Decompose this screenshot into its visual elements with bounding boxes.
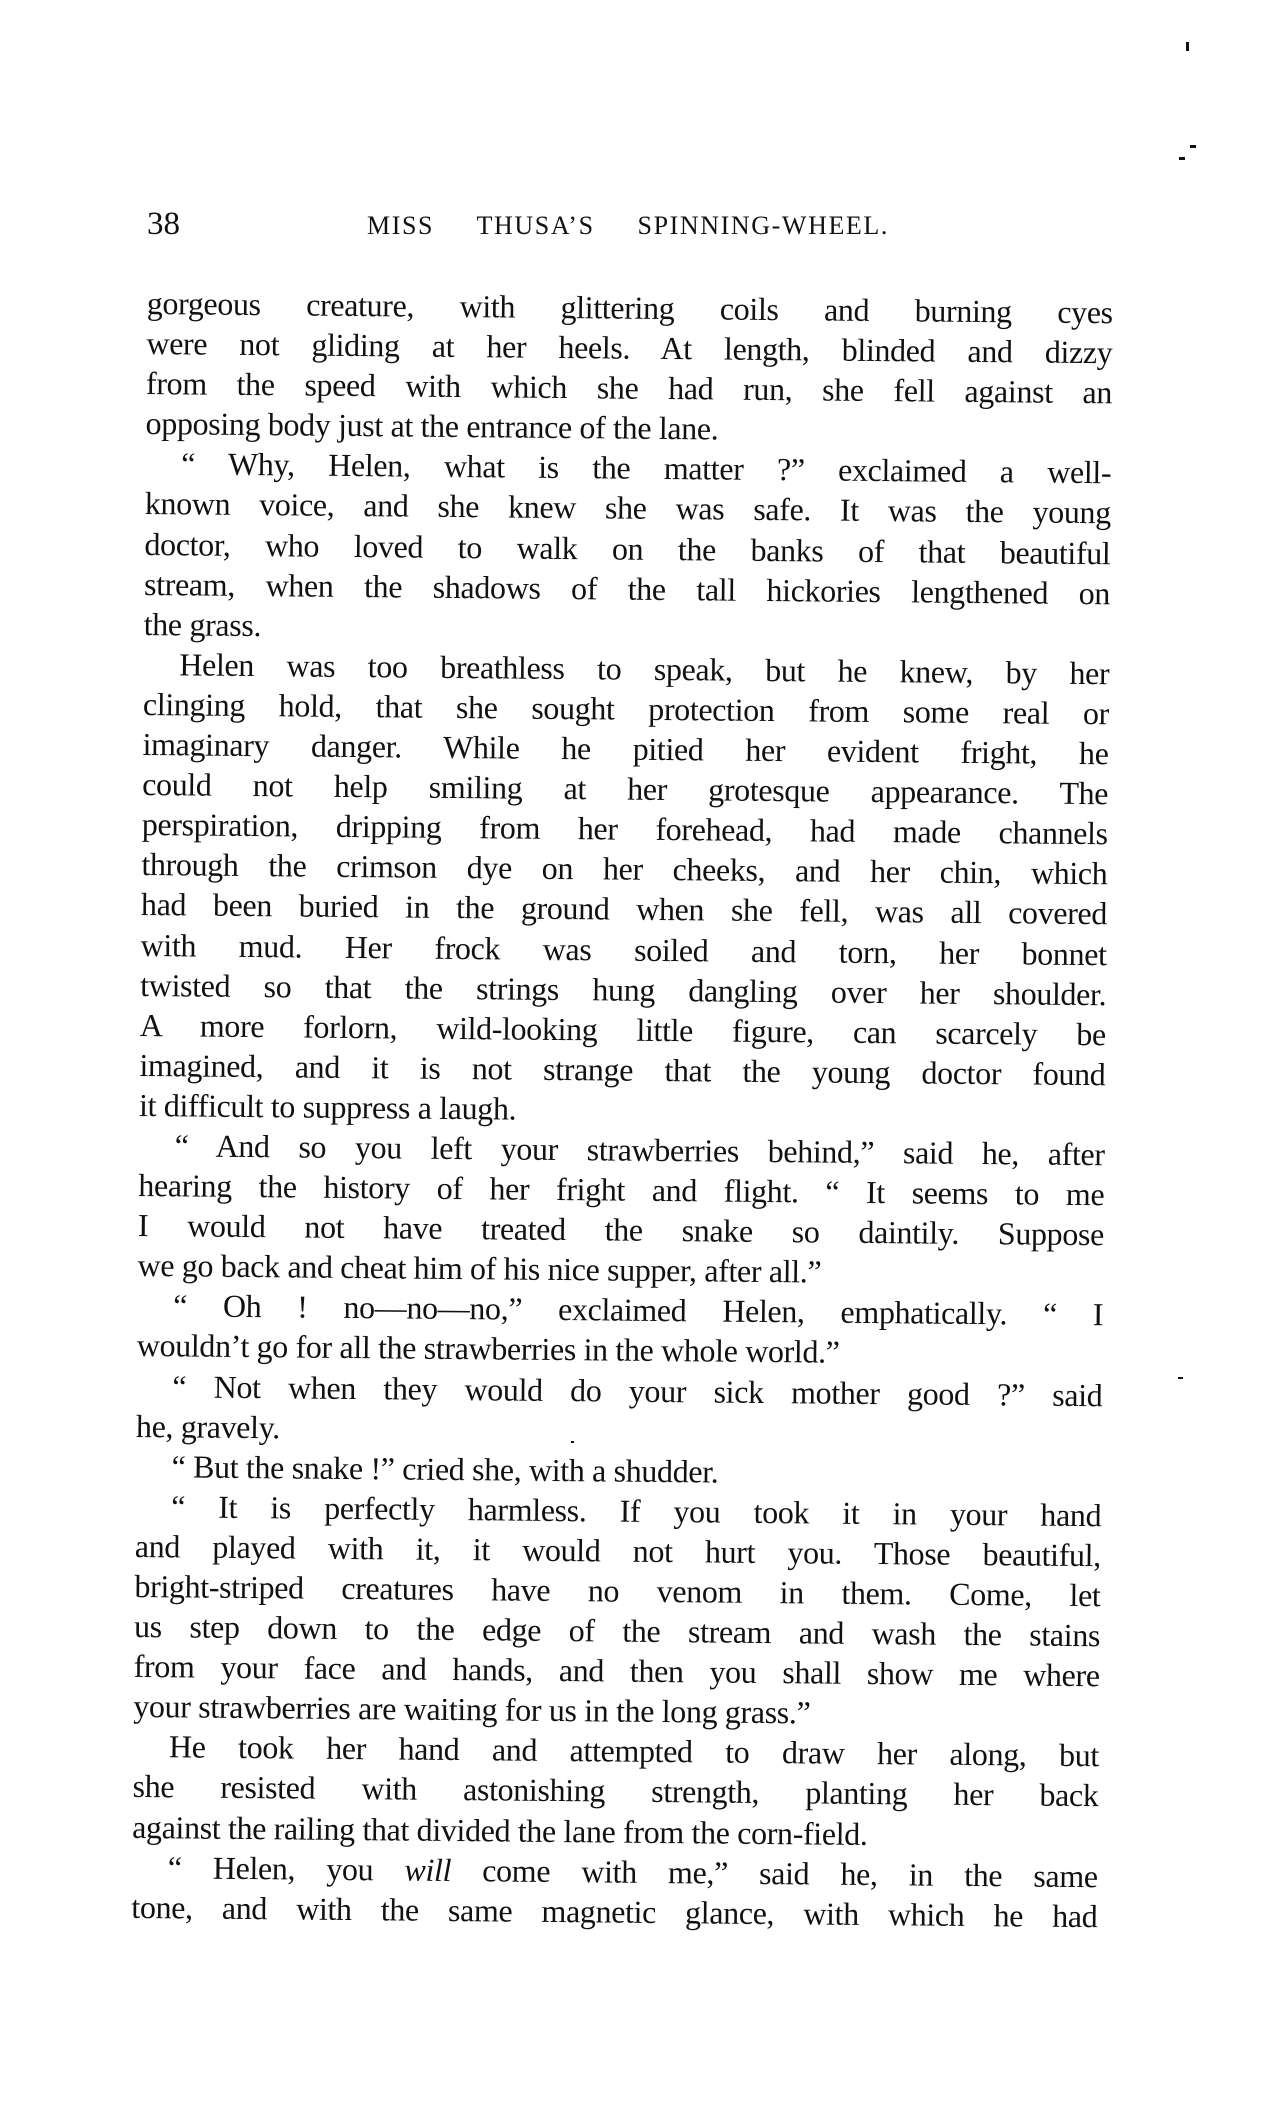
text-line: tone, and with the same magnetic glance,… [131, 1887, 1097, 1936]
emphasis-will: will [404, 1851, 451, 1887]
scan-speck [1178, 1377, 1183, 1379]
book-page: 38 Miss Thusa’s Spinning-Wheel. gorgeous… [0, 0, 1270, 2114]
scan-speck [1179, 157, 1185, 160]
scan-speck [1190, 145, 1196, 148]
running-head: 38 Miss Thusa’s Spinning-Wheel. [147, 204, 1127, 244]
scan-speck [1186, 42, 1189, 51]
running-title: Miss Thusa’s Spinning-Wheel. [367, 206, 889, 246]
body-text: gorgeous creature, with glittering coils… [131, 283, 1113, 1936]
page-number: 38 [147, 204, 180, 244]
